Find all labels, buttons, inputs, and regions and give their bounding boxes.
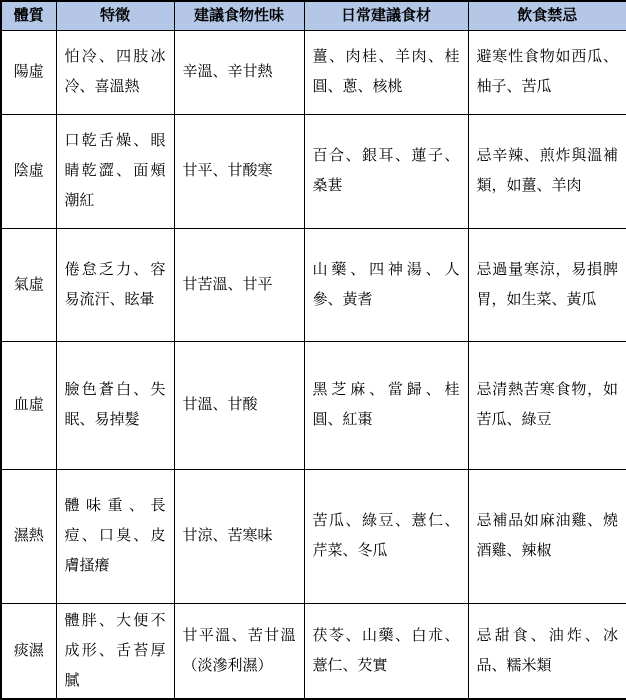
taboos-cell: 忌甜食、油炸、冰品、糯米類 [468, 603, 626, 699]
constitution-cell: 濕熱 [1, 469, 56, 603]
header-cell-flavors: 建議食物性味 [174, 1, 304, 30]
traits-cell: 口乾舌燥、眼睛乾澀、面頰潮紅 [56, 114, 174, 228]
foods-cell: 山藥、四神湯、人參、黃耆 [304, 228, 468, 341]
flavors-cell: 甘溫、甘酸 [174, 341, 304, 469]
flavors-cell: 甘苦溫、甘平 [174, 228, 304, 341]
table-header-row: 體質 特徵 建議食物性味 日常建議食材 飲食禁忌 [1, 1, 626, 30]
foods-cell: 苦瓜、綠豆、薏仁、芹菜、冬瓜 [304, 469, 468, 603]
constitution-cell: 血虛 [1, 341, 56, 469]
foods-cell: 薑、肉桂、羊肉、桂圓、蔥、核桃 [304, 30, 468, 114]
flavors-cell: 甘涼、苦寒味 [174, 469, 304, 603]
foods-cell: 黑芝麻、當歸、桂圓、紅棗 [304, 341, 468, 469]
header-cell-constitution: 體質 [1, 1, 56, 30]
traits-cell: 體胖、大便不成形、舌苔厚膩 [56, 603, 174, 699]
table-row-yang-deficiency: 陽虛 怕冷、四肢冰冷、喜溫熱 辛溫、辛甘熱 薑、肉桂、羊肉、桂圓、蔥、核桃 避寒… [1, 30, 626, 114]
taboos-cell: 避寒性食物如西瓜、柚子、苦瓜 [468, 30, 626, 114]
header-cell-traits: 特徵 [56, 1, 174, 30]
constitution-cell: 痰濕 [1, 603, 56, 699]
taboos-cell: 忌過量寒涼，易損脾胃，如生菜、黃瓜 [468, 228, 626, 341]
table-row-damp-heat: 濕熱 體味重、長痘、口臭、皮膚搔癢 甘涼、苦寒味 苦瓜、綠豆、薏仁、芹菜、冬瓜 … [1, 469, 626, 603]
table-row-yin-deficiency: 陰虛 口乾舌燥、眼睛乾澀、面頰潮紅 甘平、甘酸寒 百合、銀耳、蓮子、桑葚 忌辛辣… [1, 114, 626, 228]
traits-cell: 怕冷、四肢冰冷、喜溫熱 [56, 30, 174, 114]
flavors-cell: 甘平溫、苦甘溫（淡滲利濕） [174, 603, 304, 699]
document-page: 體質 特徵 建議食物性味 日常建議食材 飲食禁忌 陽虛 怕冷、四肢冰冷、喜溫熱 … [0, 0, 626, 694]
flavors-cell: 辛溫、辛甘熱 [174, 30, 304, 114]
constitution-cell: 陽虛 [1, 30, 56, 114]
taboos-cell: 忌補品如麻油雞、燒酒雞、辣椒 [468, 469, 626, 603]
table-row-phlegm-damp: 痰濕 體胖、大便不成形、舌苔厚膩 甘平溫、苦甘溫（淡滲利濕） 茯苓、山藥、白朮、… [1, 603, 626, 699]
table-row-qi-deficiency: 氣虛 倦怠乏力、容易流汗、眩暈 甘苦溫、甘平 山藥、四神湯、人參、黃耆 忌過量寒… [1, 228, 626, 341]
traits-cell: 倦怠乏力、容易流汗、眩暈 [56, 228, 174, 341]
taboos-cell: 忌辛辣、煎炸與溫補類，如薑、羊肉 [468, 114, 626, 228]
header-cell-taboos: 飲食禁忌 [468, 1, 626, 30]
foods-cell: 百合、銀耳、蓮子、桑葚 [304, 114, 468, 228]
table-row-blood-deficiency: 血虛 臉色蒼白、失眠、易掉髮 甘溫、甘酸 黑芝麻、當歸、桂圓、紅棗 忌清熱苦寒食… [1, 341, 626, 469]
constitution-cell: 陰虛 [1, 114, 56, 228]
constitution-diet-table: 體質 特徵 建議食物性味 日常建議食材 飲食禁忌 陽虛 怕冷、四肢冰冷、喜溫熱 … [0, 0, 626, 700]
foods-cell: 茯苓、山藥、白朮、薏仁、芡實 [304, 603, 468, 699]
taboos-cell: 忌清熱苦寒食物，如苦瓜、綠豆 [468, 341, 626, 469]
traits-cell: 體味重、長痘、口臭、皮膚搔癢 [56, 469, 174, 603]
flavors-cell: 甘平、甘酸寒 [174, 114, 304, 228]
constitution-cell: 氣虛 [1, 228, 56, 341]
header-cell-foods: 日常建議食材 [304, 1, 468, 30]
traits-cell: 臉色蒼白、失眠、易掉髮 [56, 341, 174, 469]
